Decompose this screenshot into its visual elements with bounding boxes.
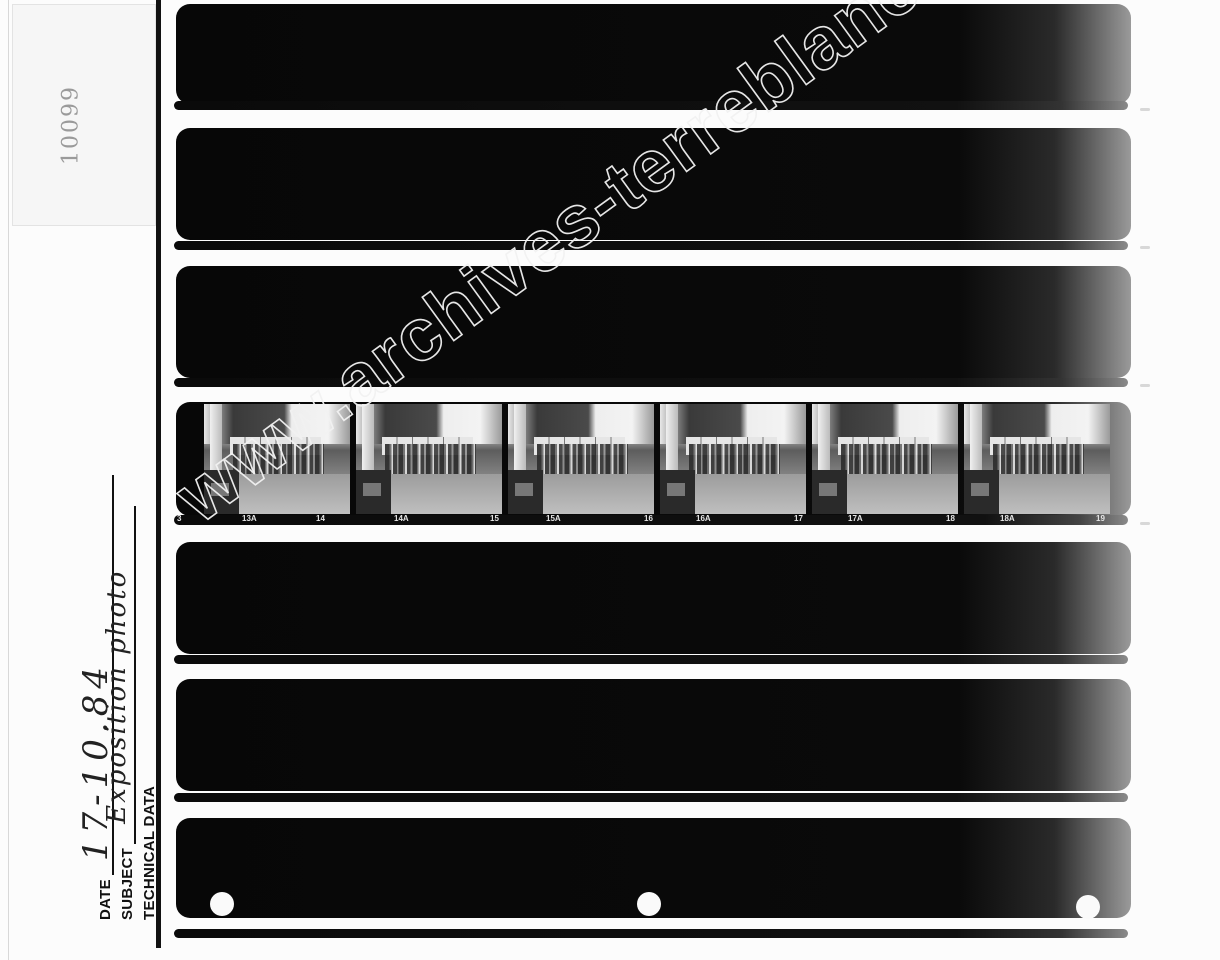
edge-mark xyxy=(1140,246,1150,249)
date-label: DATE xyxy=(97,879,114,920)
film-strip-5 xyxy=(176,542,1131,654)
edge-mark xyxy=(1140,108,1150,111)
photo-frame xyxy=(660,404,806,514)
film-strip-1 xyxy=(176,4,1131,104)
frame-number: 14 xyxy=(316,514,325,523)
film-strip-2 xyxy=(176,128,1131,240)
frame-number: 18 xyxy=(946,514,955,523)
punch-hole-center xyxy=(637,892,661,916)
photo-frame xyxy=(204,404,350,514)
frame-number: 17 xyxy=(794,514,803,523)
film-edge-7 xyxy=(174,929,1128,938)
frame-number: 16 xyxy=(644,514,653,523)
technical-label: TECHNICAL DATA xyxy=(141,786,158,920)
film-edge-3 xyxy=(174,378,1128,387)
edge-mark xyxy=(1140,522,1150,525)
edge-mark xyxy=(1140,384,1150,387)
sheet-metadata: DATE 17-10.84 SUBJECT Exposition photo T… xyxy=(92,382,158,920)
photo-frame xyxy=(812,404,958,514)
frame-number: 17A xyxy=(848,514,863,523)
punch-hole-right xyxy=(1076,895,1100,919)
frame-number: 3 xyxy=(177,514,181,523)
frame-number: 19 xyxy=(1096,514,1105,523)
technical-line xyxy=(140,382,158,782)
frame-number: 15A xyxy=(546,514,561,523)
film-edge-numbers: 313A1414A1515A1616A1717A1818A19 xyxy=(174,515,1128,525)
frame-number: 13A xyxy=(242,514,257,523)
film-edge-2 xyxy=(174,241,1128,250)
technical-row: TECHNICAL DATA xyxy=(136,382,158,920)
frame-number: 15 xyxy=(490,514,499,523)
subject-value: Exposition photo xyxy=(102,570,132,824)
subject-row: SUBJECT Exposition photo xyxy=(114,382,136,920)
photo-frame xyxy=(356,404,502,514)
photo-frame xyxy=(508,404,654,514)
film-strip-6 xyxy=(176,679,1131,791)
film-strip-3 xyxy=(176,266,1131,378)
subject-line: Exposition photo xyxy=(118,506,136,844)
film-edge-6 xyxy=(174,793,1128,802)
subject-label: SUBJECT xyxy=(119,848,136,920)
index-number: 10099 xyxy=(59,85,84,165)
frame-number: 16A xyxy=(696,514,711,523)
punch-hole-left xyxy=(210,892,234,916)
index-label-box: 10099 xyxy=(12,4,156,226)
exposed-frames xyxy=(204,404,1110,514)
contact-sheet: 10099 DATE 17-10.84 SUBJECT Exposition p… xyxy=(0,0,1220,960)
photo-frame xyxy=(964,404,1110,514)
film-edge-1 xyxy=(174,101,1128,110)
frame-number: 18A xyxy=(1000,514,1015,523)
sheet-edge xyxy=(8,0,9,960)
frame-number: 14A xyxy=(394,514,409,523)
film-edge-5 xyxy=(174,655,1128,664)
